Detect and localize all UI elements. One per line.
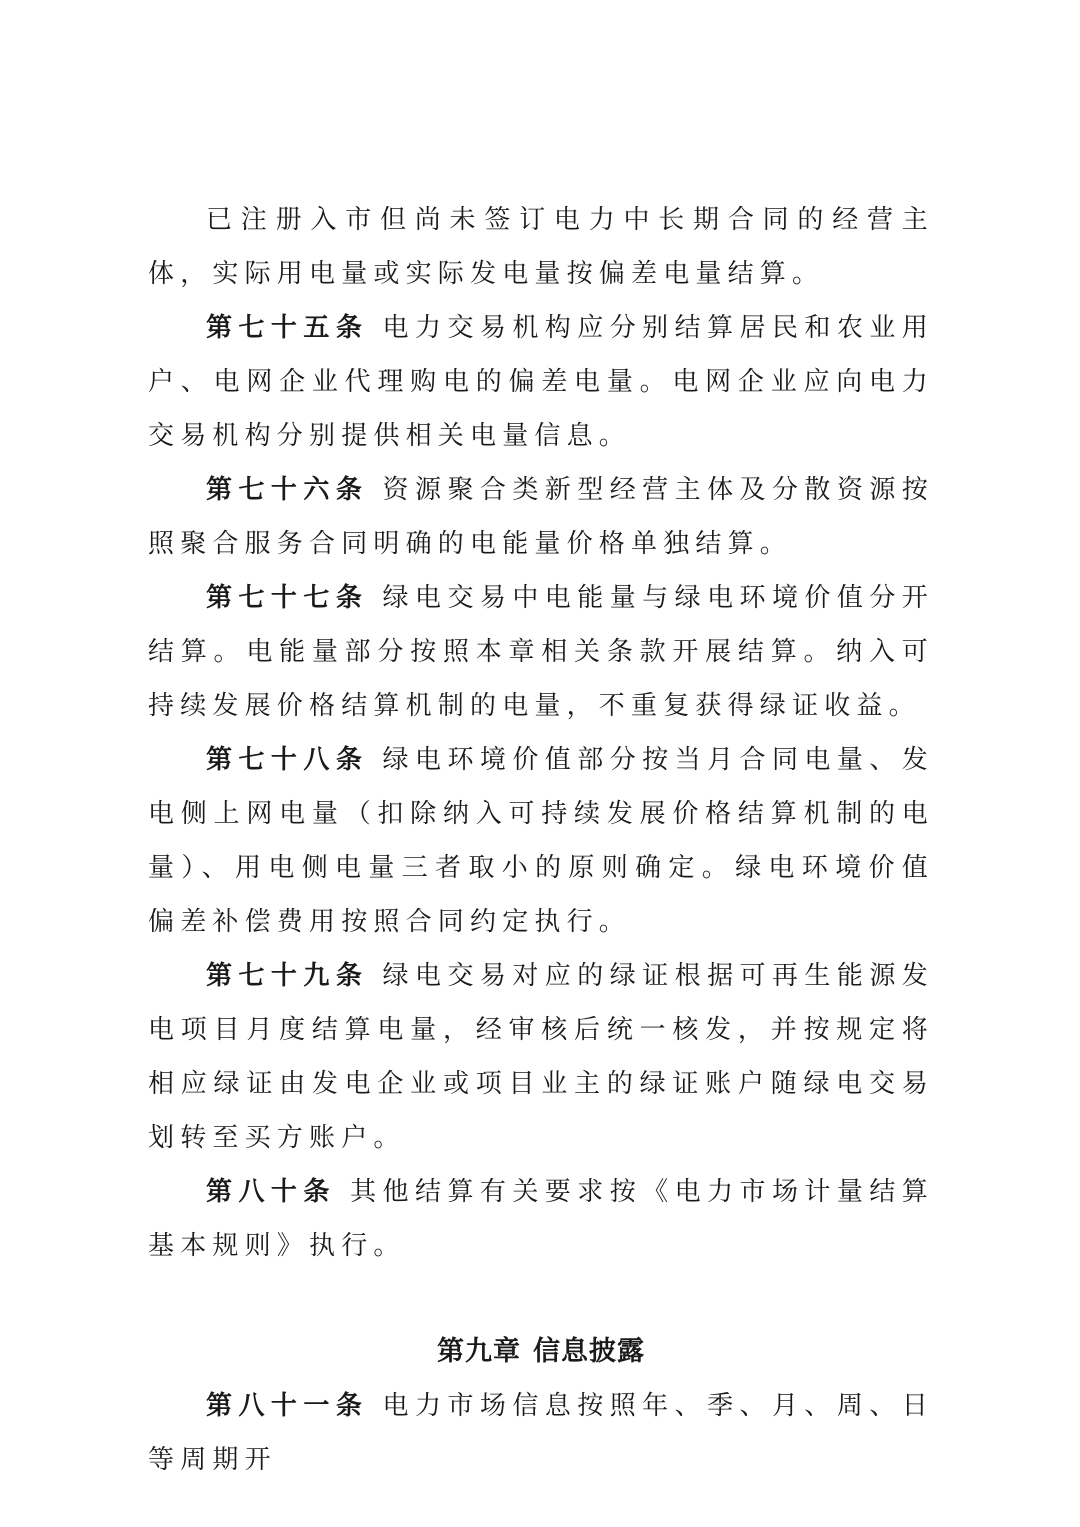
article-number: 第七十九条	[206, 961, 368, 991]
article-number: 第七十八条	[206, 745, 368, 775]
article-80: 第八十条其他结算有关要求按《电力市场计量结算基本规则》执行。	[148, 1165, 934, 1273]
article-77: 第七十七条绿电交易中电能量与绿电环境价值分开结算。电能量部分按照本章相关条款开展…	[148, 571, 934, 733]
article-76: 第七十六条资源聚合类新型经营主体及分散资源按照聚合服务合同明确的电能量价格单独结…	[148, 463, 934, 571]
article-78: 第七十八条绿电环境价值部分按当月合同电量、发电侧上网电量（扣除纳入可持续发展价格…	[148, 733, 934, 949]
paragraph-text: 已注册入市但尚未签订电力中长期合同的经营主体，实际用电量或实际发电量按偏差电量结…	[148, 205, 934, 289]
article-number: 第七十六条	[206, 475, 368, 505]
article-79: 第七十九条绿电交易对应的绿证根据可再生能源发电项目月度结算电量，经审核后统一核发…	[148, 949, 934, 1165]
chapter-number: 第九章	[437, 1336, 521, 1367]
article-number: 第七十五条	[206, 313, 368, 343]
document-page: 已注册入市但尚未签订电力中长期合同的经营主体，实际用电量或实际发电量按偏差电量结…	[148, 193, 934, 1487]
article-75: 第七十五条电力交易机构应分别结算居民和农业用户、电网企业代理购电的偏差电量。电网…	[148, 301, 934, 463]
article-number: 第八十条	[206, 1177, 336, 1207]
article-number: 第八十一条	[206, 1391, 368, 1421]
chapter-heading: 第九章信息披露	[148, 1325, 934, 1379]
article-number: 第七十七条	[206, 583, 368, 613]
chapter-title: 信息披露	[533, 1336, 645, 1367]
paragraph-continuation: 已注册入市但尚未签订电力中长期合同的经营主体，实际用电量或实际发电量按偏差电量结…	[148, 193, 934, 301]
article-81: 第八十一条电力市场信息按照年、季、月、周、日等周期开	[148, 1379, 934, 1487]
